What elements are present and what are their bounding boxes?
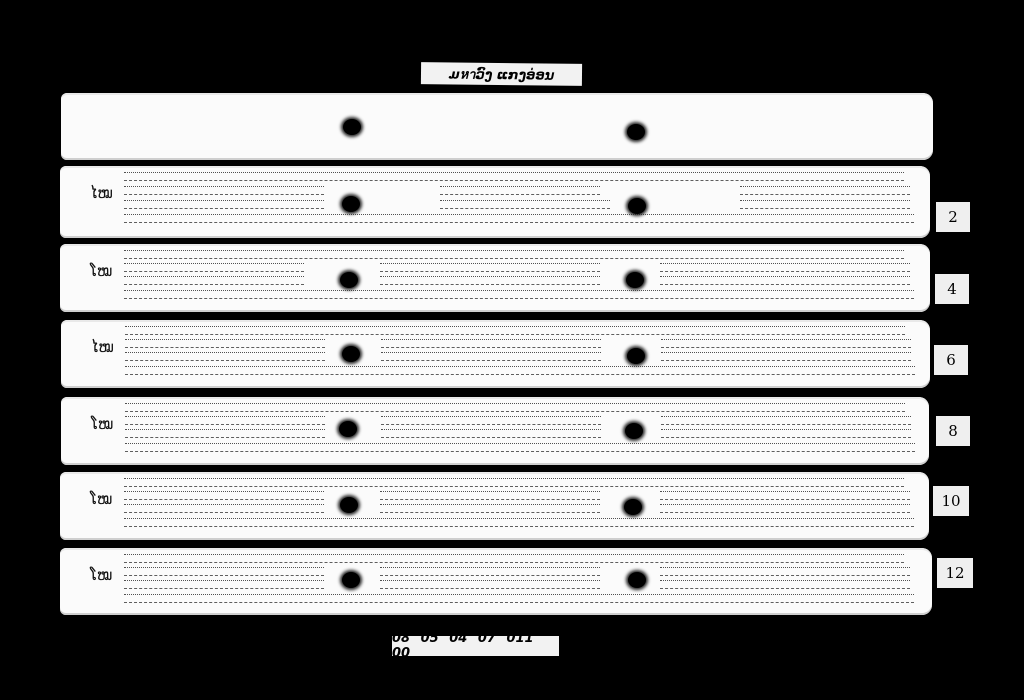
script-line	[661, 352, 911, 361]
script-line	[740, 186, 910, 195]
string-hole-left	[340, 497, 358, 513]
script-line	[124, 478, 904, 487]
palm-leaf-page: ໂໝ	[60, 244, 930, 312]
palm-leaf-page: ໄໝ	[60, 166, 930, 238]
script-line	[125, 403, 905, 412]
script-line	[381, 352, 601, 361]
string-hole-right	[628, 198, 646, 214]
script-line	[661, 416, 911, 425]
script-line	[124, 567, 324, 576]
page-number-tag: 12	[937, 558, 973, 588]
script-line	[380, 263, 600, 272]
script-line	[124, 250, 904, 259]
string-hole-right	[627, 124, 645, 140]
script-line	[124, 491, 324, 500]
page-number-tag: 4	[935, 274, 969, 304]
palm-leaf-page: ໂໝ	[60, 548, 932, 615]
script-line	[440, 186, 600, 195]
catalog-code-label: 08 05 04 07 011 00	[392, 636, 559, 656]
string-hole-right	[624, 499, 642, 515]
script-line	[381, 416, 601, 425]
script-line	[660, 567, 910, 576]
string-hole-left	[342, 572, 360, 588]
script-line	[124, 263, 304, 272]
leaf-margin-mark: ໄໝ	[91, 338, 114, 356]
script-line	[125, 429, 325, 438]
page-number-tag: 8	[936, 416, 970, 446]
script-line	[660, 491, 910, 500]
script-line	[125, 326, 905, 335]
script-line	[124, 200, 324, 209]
page-number-tag: 10	[933, 486, 969, 516]
script-line	[125, 416, 325, 425]
palm-leaf-page: ໄໝ	[61, 320, 930, 388]
string-hole-left	[340, 272, 358, 288]
leaf-margin-mark: ໄໝ	[90, 184, 113, 202]
string-hole-left	[343, 119, 361, 135]
script-line	[125, 339, 325, 348]
script-line	[740, 200, 910, 209]
script-line	[380, 276, 600, 285]
script-line	[124, 172, 904, 181]
page-number-tag: 6	[934, 345, 968, 375]
string-hole-right	[626, 272, 644, 288]
script-line	[380, 491, 600, 500]
string-hole-right	[625, 423, 643, 439]
script-line	[124, 580, 324, 589]
script-line	[124, 186, 324, 195]
string-hole-right	[627, 348, 645, 364]
script-line	[124, 554, 904, 563]
string-hole-right	[628, 572, 646, 588]
script-line	[661, 429, 911, 438]
string-hole-left	[342, 196, 360, 212]
manuscript-title-label: ມหาວົງ ແກງອ່ອນ	[421, 62, 582, 86]
leaf-margin-mark: ໂໝ	[91, 415, 113, 433]
script-line	[381, 429, 601, 438]
script-line	[380, 504, 600, 513]
script-line	[124, 594, 914, 603]
script-line	[380, 567, 600, 576]
script-line	[381, 339, 601, 348]
leaf-margin-mark: ໂໝ	[90, 262, 112, 280]
script-line	[660, 263, 910, 272]
script-line	[125, 366, 915, 375]
script-line	[380, 580, 600, 589]
script-line	[440, 200, 610, 209]
palm-leaf-cover	[61, 93, 933, 160]
script-line	[661, 339, 911, 348]
script-line	[660, 580, 910, 589]
script-line	[124, 214, 914, 223]
leaf-margin-mark: ໂໝ	[90, 566, 112, 584]
script-line	[125, 352, 325, 361]
string-hole-left	[342, 346, 360, 362]
script-line	[124, 504, 324, 513]
script-line	[124, 276, 304, 285]
script-line	[124, 290, 914, 299]
palm-leaf-page: ໂໝ	[60, 472, 929, 540]
script-line	[125, 443, 915, 452]
script-line	[660, 504, 910, 513]
script-line	[124, 518, 914, 527]
leaf-margin-mark: ໂໝ	[90, 490, 112, 508]
palm-leaf-page: ໂໝ	[61, 397, 929, 465]
string-hole-left	[339, 421, 357, 437]
script-line	[660, 276, 910, 285]
page-number-tag: 2	[936, 202, 970, 232]
